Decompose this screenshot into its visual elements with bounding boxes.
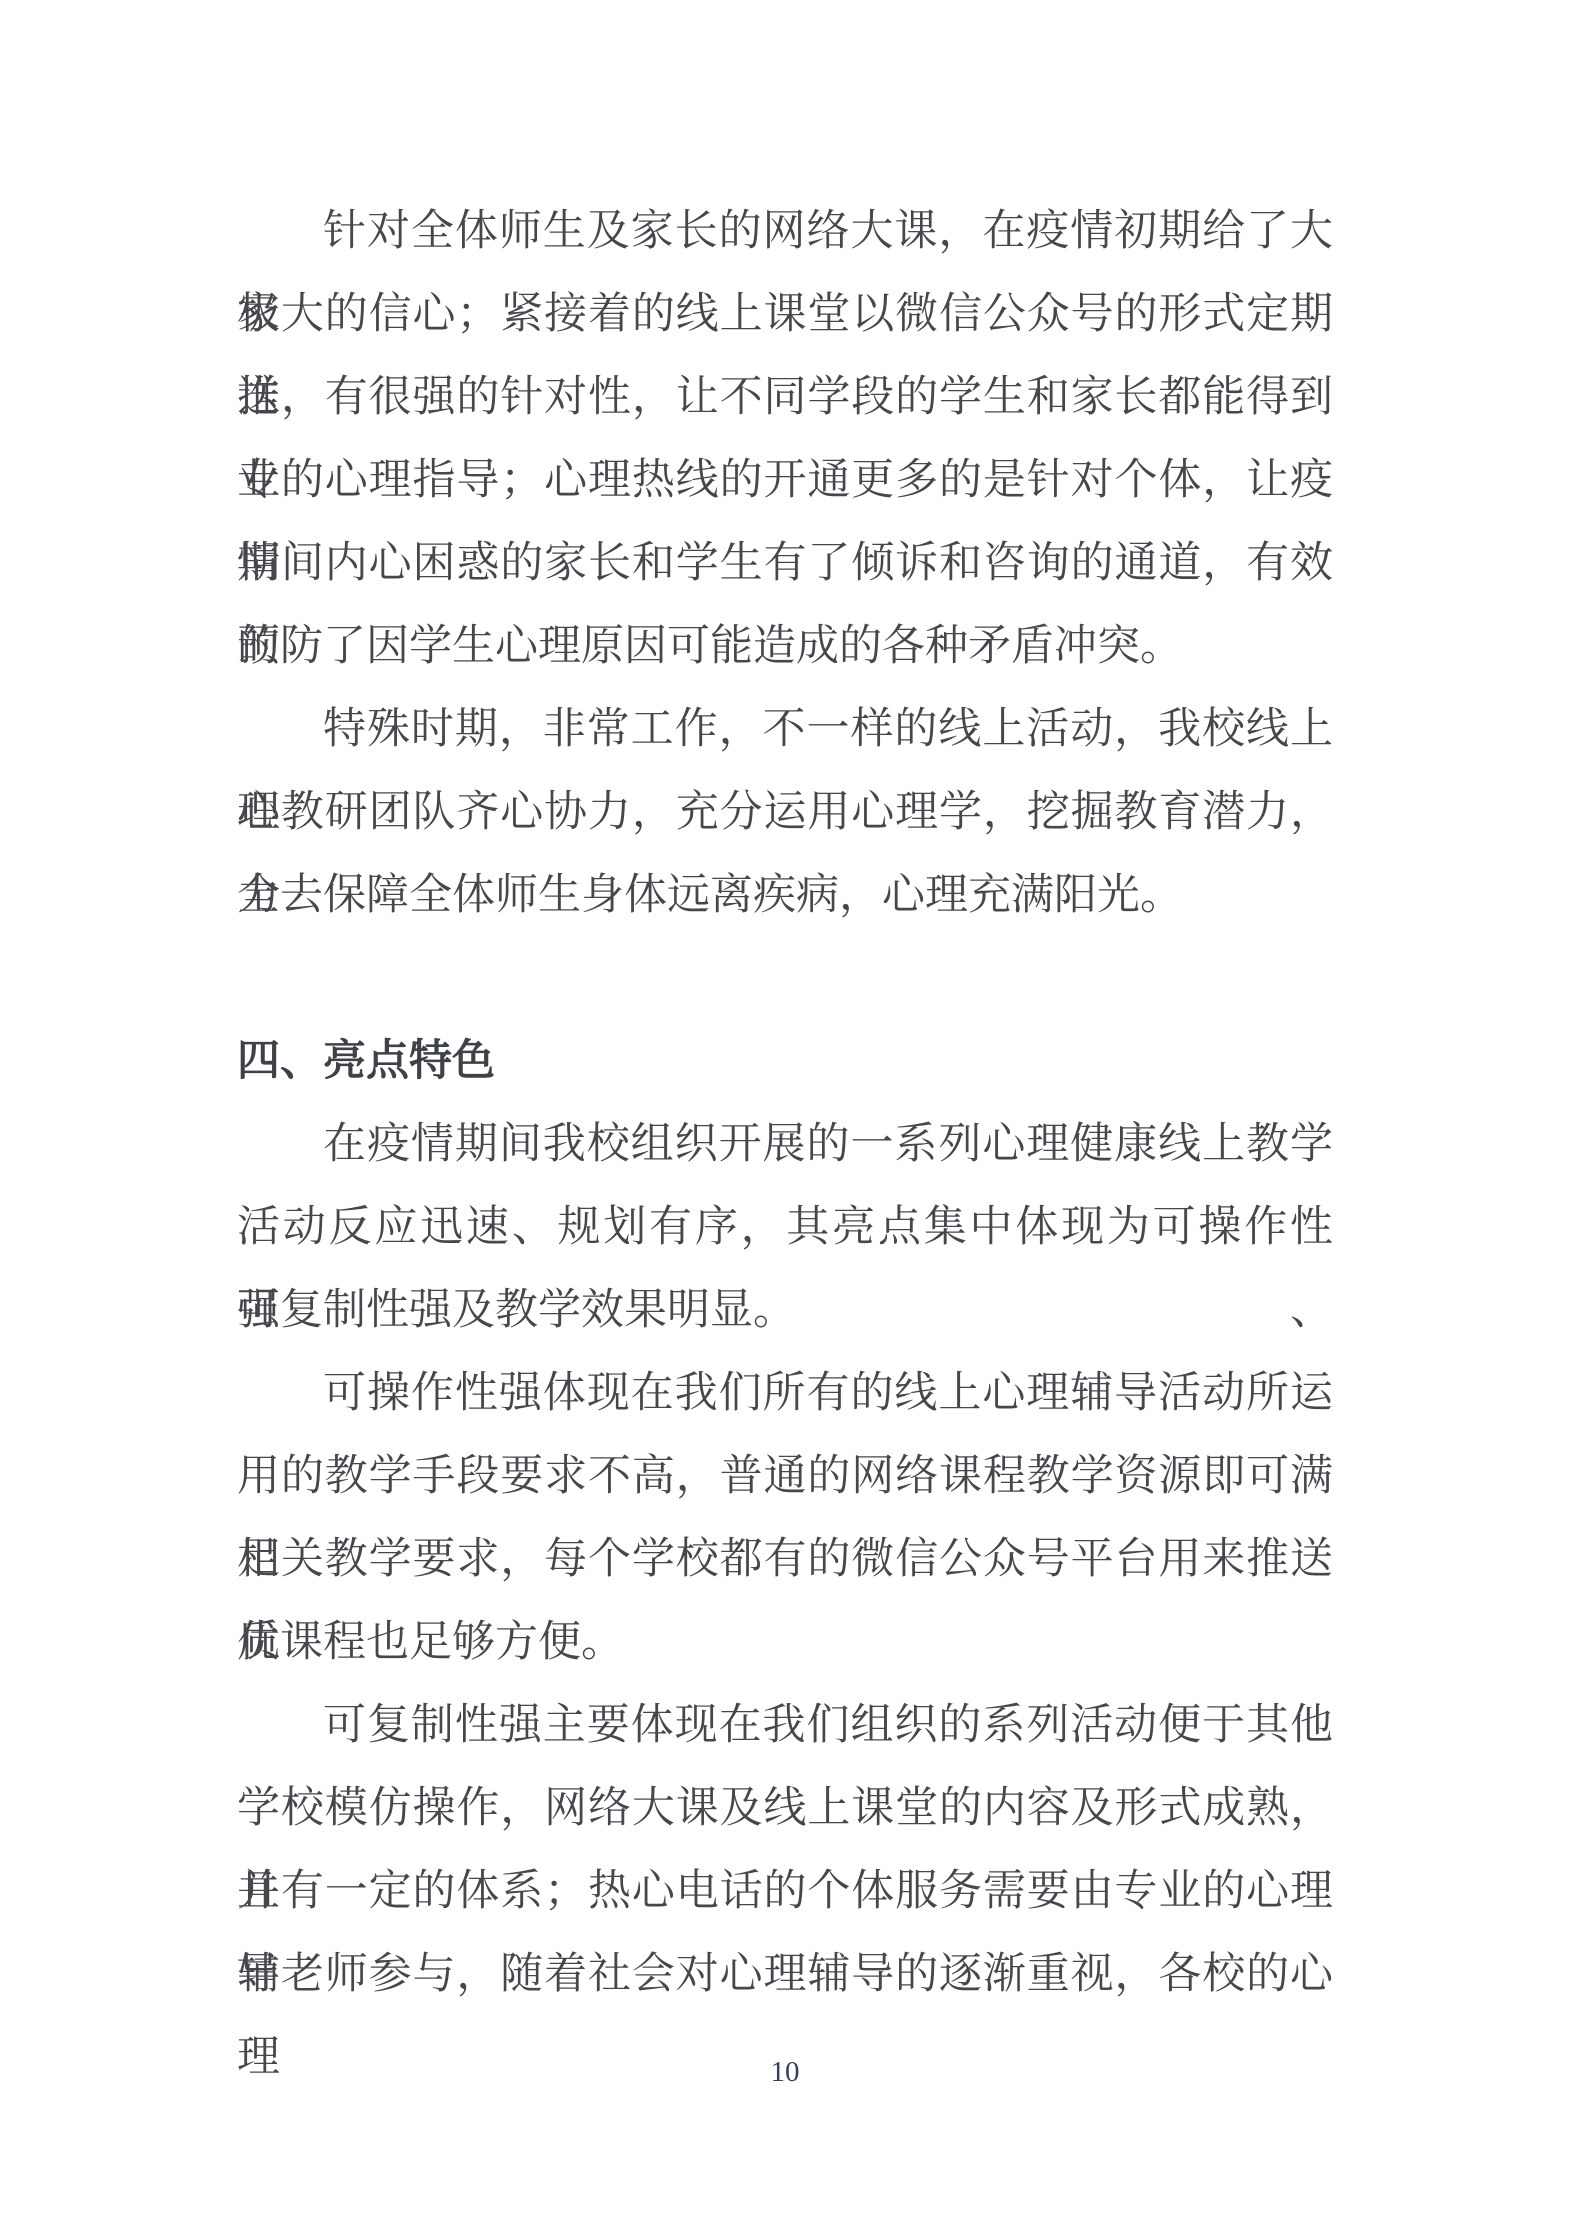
- text-block: 针对全体师生及家长的网络大课，在疫情初期给了大家极大的信心；紧接着的线上课堂以微…: [237, 190, 1333, 2016]
- text-line: 质课程也足够方便。: [237, 1601, 1333, 1684]
- text-line: 且有一定的体系；热心电话的个体服务需要由专业的心理辅: [237, 1850, 1333, 1933]
- text-line: 业的心理指导；心理热线的开通更多的是针对个体，让疫情: [237, 439, 1333, 522]
- text-line: 预防了因学生心理原因可能造成的各种矛盾冲突。: [237, 605, 1333, 688]
- text-line: 特殊时期，非常工作，不一样的线上活动，我校线上心: [237, 688, 1333, 771]
- section-heading: 四、亮点特色: [237, 1020, 1333, 1103]
- document-page: 针对全体师生及家长的网络大课，在疫情初期给了大家极大的信心；紧接着的线上课堂以微…: [0, 0, 1572, 2221]
- text-line: 期间内心困惑的家长和学生有了倾诉和咨询的通道，有效的: [237, 522, 1333, 605]
- blank-line: [237, 937, 1333, 1020]
- text-line: 力去保障全体师生身体远离疾病，心理充满阳光。: [237, 854, 1333, 937]
- text-line: 学校模仿操作，网络大课及线上课堂的内容及形式成熟，并: [237, 1767, 1333, 1850]
- text-line: 可操作性强体现在我们所有的线上心理辅导活动所运: [237, 1352, 1333, 1435]
- text-line: 送，有很强的针对性，让不同学段的学生和家长都能得到专: [237, 356, 1333, 439]
- page-number: 10: [237, 2052, 1333, 2092]
- text-line: 极大的信心；紧接着的线上课堂以微信公众号的形式定期推: [237, 273, 1333, 356]
- text-line: 可复制性强主要体现在我们组织的系列活动便于其他: [237, 1684, 1333, 1767]
- text-line: 导老师参与，随着社会对心理辅导的逐渐重视，各校的心理: [237, 1933, 1333, 2016]
- text-line: 用的教学手段要求不高，普通的网络课程教学资源即可满足: [237, 1435, 1333, 1518]
- text-line: 在疫情期间我校组织开展的一系列心理健康线上教学: [237, 1103, 1333, 1186]
- text-line: 活动反应迅速、规划有序，其亮点集中体现为可操作性强、: [237, 1186, 1333, 1269]
- text-line: 针对全体师生及家长的网络大课，在疫情初期给了大家: [237, 190, 1333, 273]
- text-line: 理教研团队齐心协力，充分运用心理学，挖掘教育潜力，全: [237, 771, 1333, 854]
- text-line: 相关教学要求，每个学校都有的微信公众号平台用来推送优: [237, 1518, 1333, 1601]
